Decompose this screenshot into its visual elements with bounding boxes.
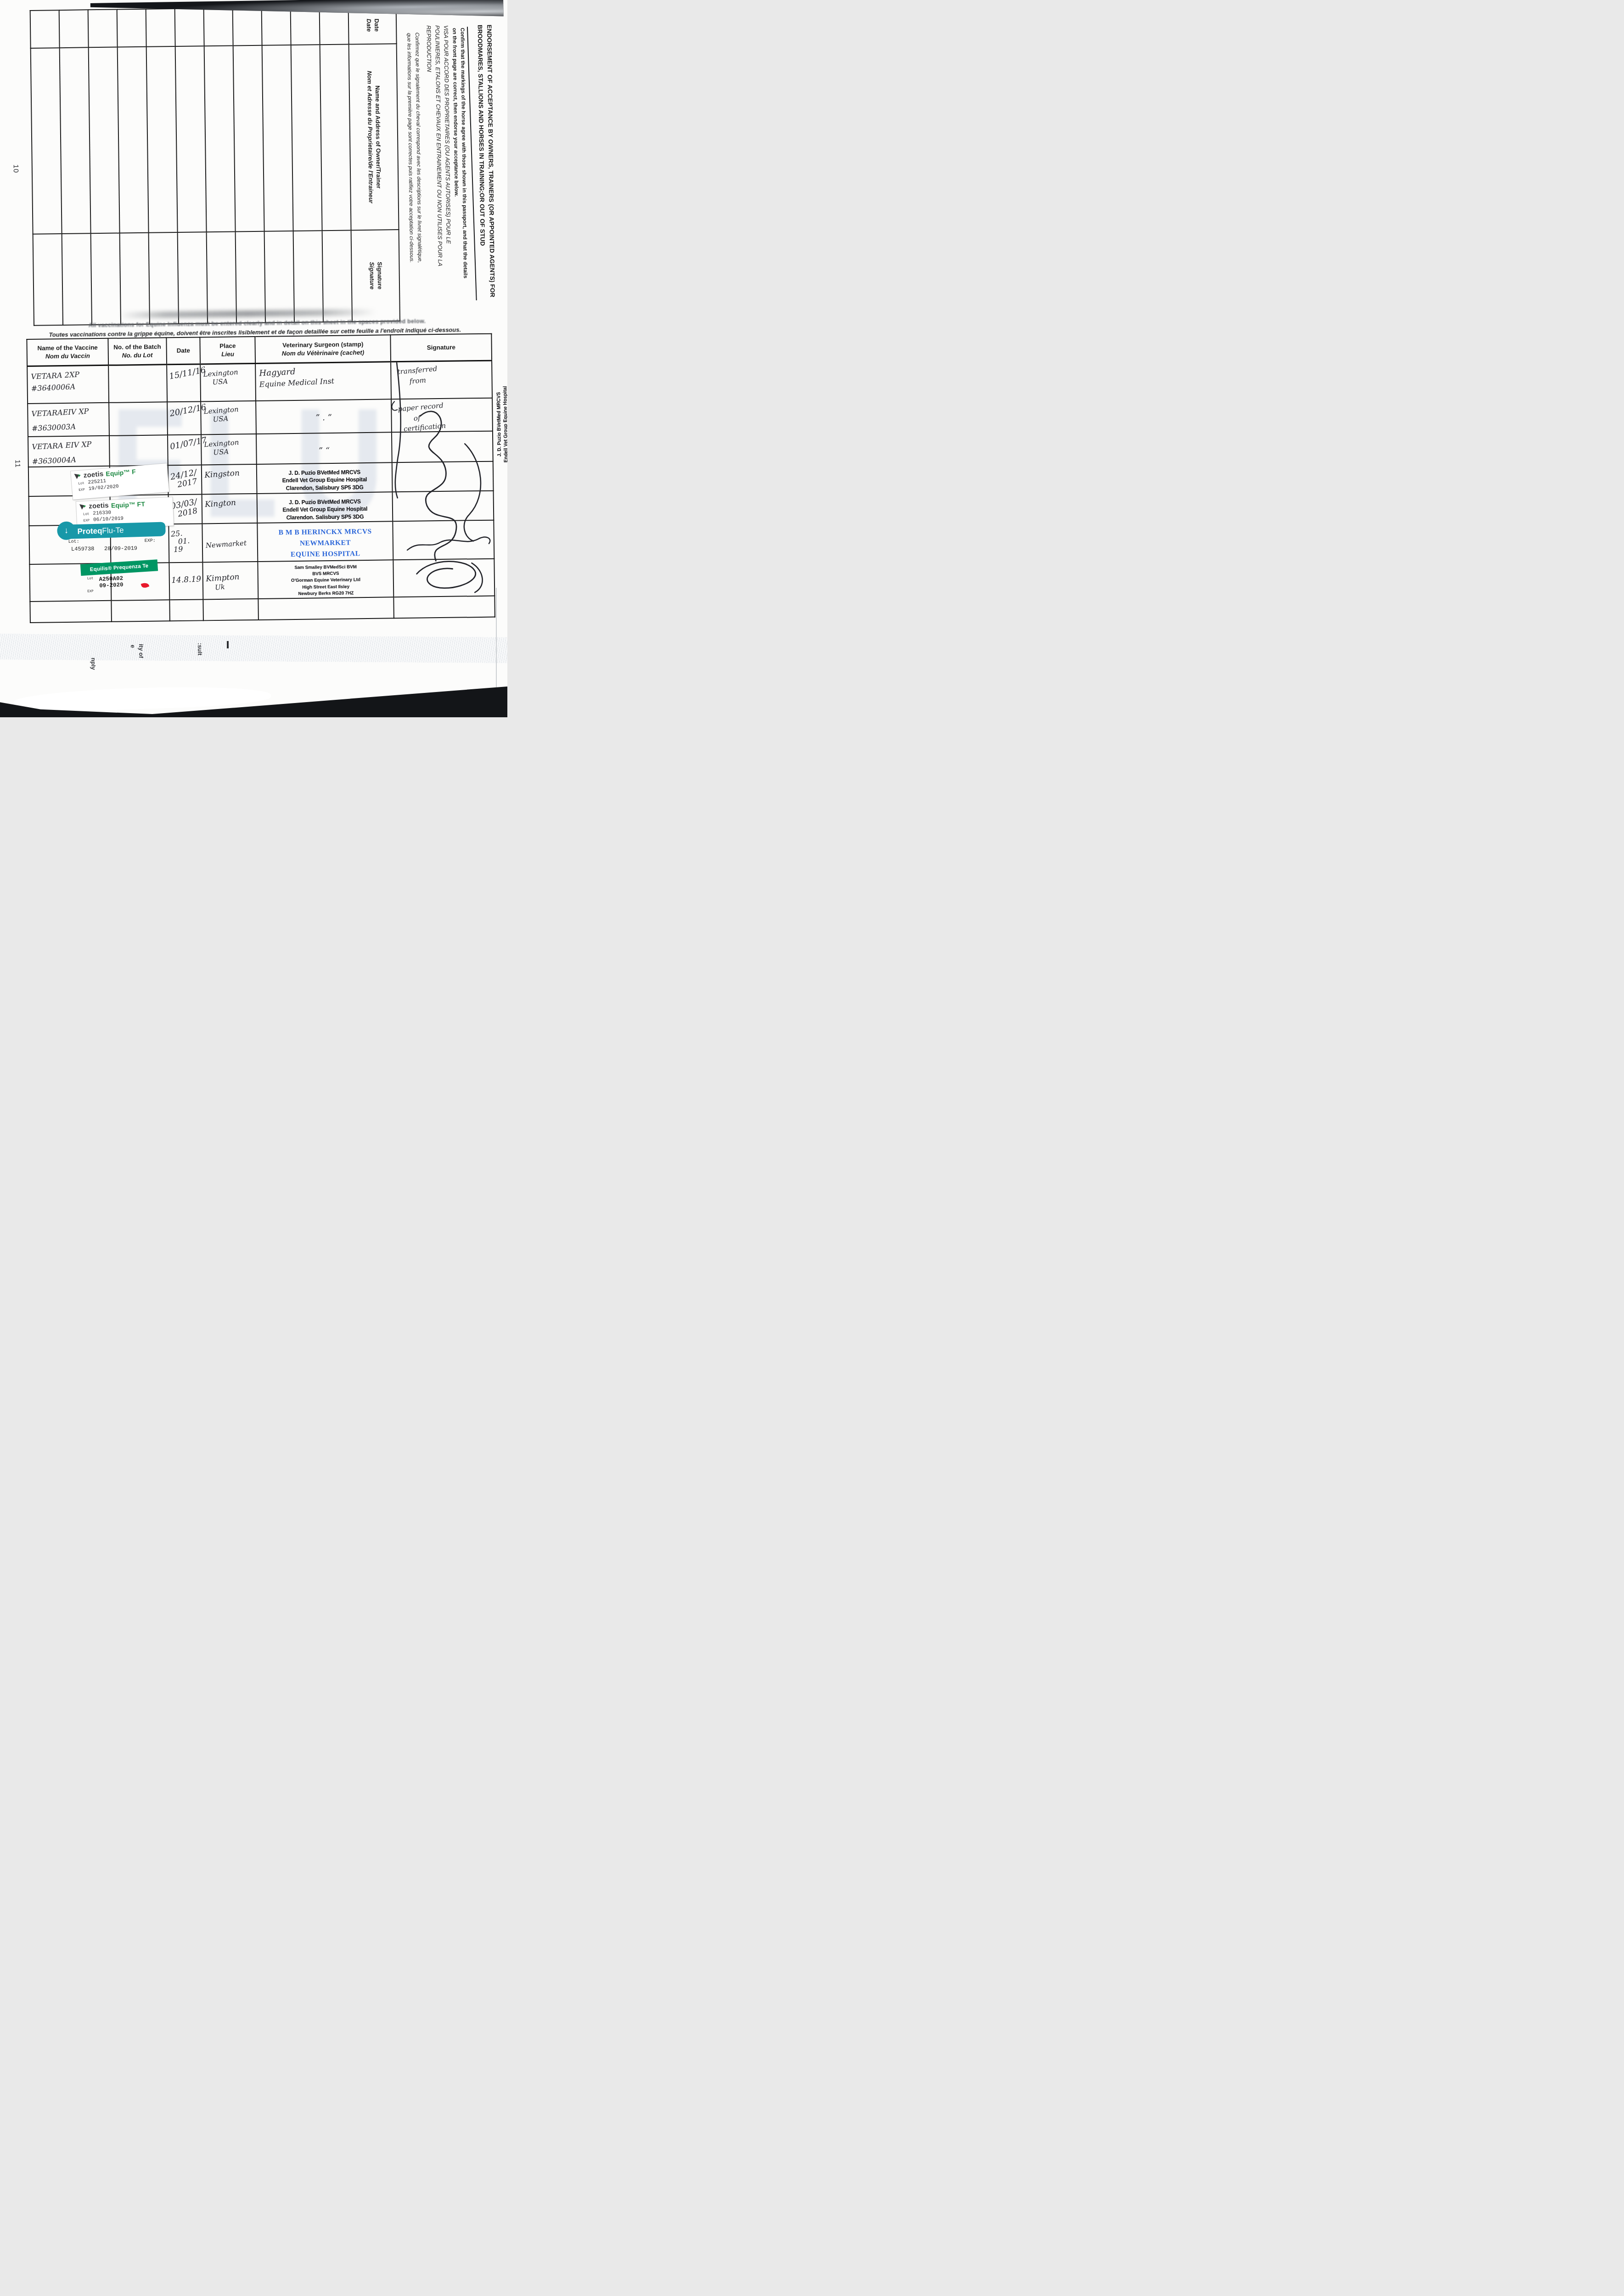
date-cell: 01/07/17 [168,434,202,465]
expiry-date: 28/09-2019 [104,545,137,552]
date-cell: 25. 01. 19 [169,523,203,563]
date-cell: 15/11/16 [167,364,201,402]
vaccine-name-cell: VETARA 2XP #3640006A [27,365,109,404]
expiry-date: 06/10/2019 [93,516,124,523]
place-cell: Kimpton Uk [203,562,258,599]
ditto-marks: ” . ” [258,400,390,423]
page-number-10: 10 [12,164,20,173]
owner-empty-row [204,8,236,324]
col-header-place: PlaceLieu [200,337,255,364]
vaccination-row: VETARA 2XP #3640006A 15/11/16 Lexington … [27,360,492,404]
bleed-fragment: ity of [138,644,145,658]
owner-empty-row [262,7,294,323]
col-header-vet: Veterinary Surgeon (stamp)Nom du Vétèrin… [255,335,391,363]
signature-cell [393,520,495,560]
vet-cell: ” . ” [256,399,392,434]
col-header-date: Date [166,337,201,364]
place-cell: Lexington USA [201,434,256,465]
place-cell: Lexington USA [201,401,256,434]
lot-number: L459738 [71,546,95,552]
batch-cell [109,435,168,466]
owner-empty-row [175,8,208,324]
owner-empty-row [233,8,265,323]
expiry-date: 09-2020 [99,582,124,589]
bleed-fragment: nply [90,658,97,670]
endorsement-title-fr: VISA POUR ACCORD DES PROPRIETAIRES (OU A… [424,25,453,283]
page-content: 10 11 Date Date Name and Address of Owne… [0,0,507,717]
puzio-stamp: J. D. Puzio BVetMed MRCVS Endell Vet Gro… [261,497,388,521]
signature-cell [393,491,494,522]
vet-cell: Hagyard Equine Medical Inst [255,361,391,401]
owner-empty-row [320,6,352,322]
product-name: Proteq [77,526,102,536]
signature-cell [392,461,493,492]
owner-empty-row [291,7,323,322]
bleed-fragment-bar [227,641,229,648]
owner-empty-row [146,9,179,324]
owner-trainer-table-wrap: Date Date Name and Address of Owner/Trai… [31,6,400,326]
product-name: Equip™ F [106,467,136,477]
signature-cell [393,559,495,597]
zoetis-brand: zoetis [89,501,109,510]
owner-header-date-en: Date [373,19,380,32]
scanned-passport-page: FLU 10 11 Date Date Name and Address of … [0,0,507,717]
date-cell: 24/12/ 2017 [168,465,202,495]
owner-empty-row [117,9,150,325]
exp-label: EXP [87,590,94,593]
lot-number: 225211 [88,478,106,485]
vet-cell: J. D. Puzio BVetMed MRCVS Endell Vet Gro… [257,492,393,523]
vaccination-table-wrap: Name of the VaccineNom du Vaccin No. of … [26,333,495,614]
ditto-marks: ” “ [258,433,390,456]
lot-label: Lot: [68,540,79,545]
signature-cell [392,431,493,463]
vaccination-row: VETARA EIV XP #3630004A 01/07/17 Lexingt… [28,431,493,467]
exp-label: EXP: [145,539,156,544]
signature-cell: paper record of certification [391,398,492,433]
owner-header-signature: Signature Signature [351,230,400,321]
owner-header-signature-fr: Signature [367,231,376,320]
owner-empty-row [59,10,92,325]
vaccine-name-cell: VETARA EIV XP #3630004A [28,436,110,467]
smalley-stamp: Sam Smalley BVMedSci BVM BVS MRCVS O'Gor… [259,563,392,598]
place-cell: Lexington USA [201,363,256,401]
lot-number: 216330 [93,510,111,517]
place-cell: Kington [202,494,257,523]
expiry-date: 19/02/2020 [88,484,119,492]
owner-header-signature-en: Signature [376,262,383,289]
owner-header-name-en: Name and Address of Owner/Trainer [374,85,382,188]
vet-cell: J. D. Puzio BVetMed MRCVS Endell Vet Gro… [257,462,393,494]
vet-cell: B M B HERINCKX MRCVS NEWMARKET EQUINE HO… [257,521,393,562]
owner-header-name: Name and Address of Owner/Trainer Nom et… [349,44,399,230]
col-header-signature: Signature [391,334,492,362]
product-name: Equilis® Prequenza Te [90,563,148,572]
binding-texture [0,634,507,663]
bleed-fragment: e [129,645,136,648]
product-name: Equip™ FT [111,500,146,509]
zoetis-brand: zoetis [83,470,104,479]
zoetis-logo-icon [73,473,81,479]
bleed-fragment: :sult [197,643,203,655]
batch-cell [108,364,167,403]
herinckx-stamp: B M B HERINCKX MRCVS NEWMARKET EQUINE HO… [259,526,391,561]
vet-cell: ” “ [256,432,392,464]
place-cell: Kingston [202,464,257,494]
col-header-vaccine: Name of the VaccineNom du Vaccin [27,338,108,366]
col-header-batch: No. of the BatchNo. du Lot [108,338,166,365]
endorsement-title-en: ENDORSEMENT OF ACCEPTANCE BY OWNERS, TRA… [475,25,497,300]
page-number-11: 11 [14,460,22,468]
owner-empty-row [30,10,63,326]
vet-cell: Sam Smalley BVMedSci BVM BVS MRCVS O'Gor… [258,560,393,599]
lot-label: Lot [87,577,94,580]
vaccine-name-cell: VETARAEIV XP #3630003A [28,403,109,437]
puzio-stamp: J. D. Puzio BVetMed MRCVS Endell Vet Gro… [261,468,388,492]
down-arrow-icon: ↓ [57,521,76,540]
place-cell: Newmarket [202,523,258,562]
signature-cell: transferred from [391,360,492,400]
date-cell: 20/12/16 [167,401,202,435]
endorsement-text-block: ENDORSEMENT OF ACCEPTANCE BY OWNERS, TRA… [404,25,497,311]
owner-trainer-table: Date Date Name and Address of Owner/Trai… [30,6,400,326]
endorsement-body-fr: Confirmez que le signalement du cheval c… [404,28,423,267]
date-cell: 14.8.19 [169,562,203,600]
rotated-puzio-stamp: J. D. Puzio BVetMed MRCVS Endell Vet Gro… [496,365,507,484]
batch-cell [109,402,167,436]
zoetis-logo-icon [79,503,87,510]
owner-header-name-fr: Nom et Adresse du Proprietaire/de l'Entr… [365,45,375,229]
owner-empty-row [88,10,121,325]
endorsement-body-en: Confirm that the markings of the horse a… [450,28,469,285]
vaccination-row: VETARAEIV XP #3630003A 20/12/16 Lexingto… [28,398,493,437]
